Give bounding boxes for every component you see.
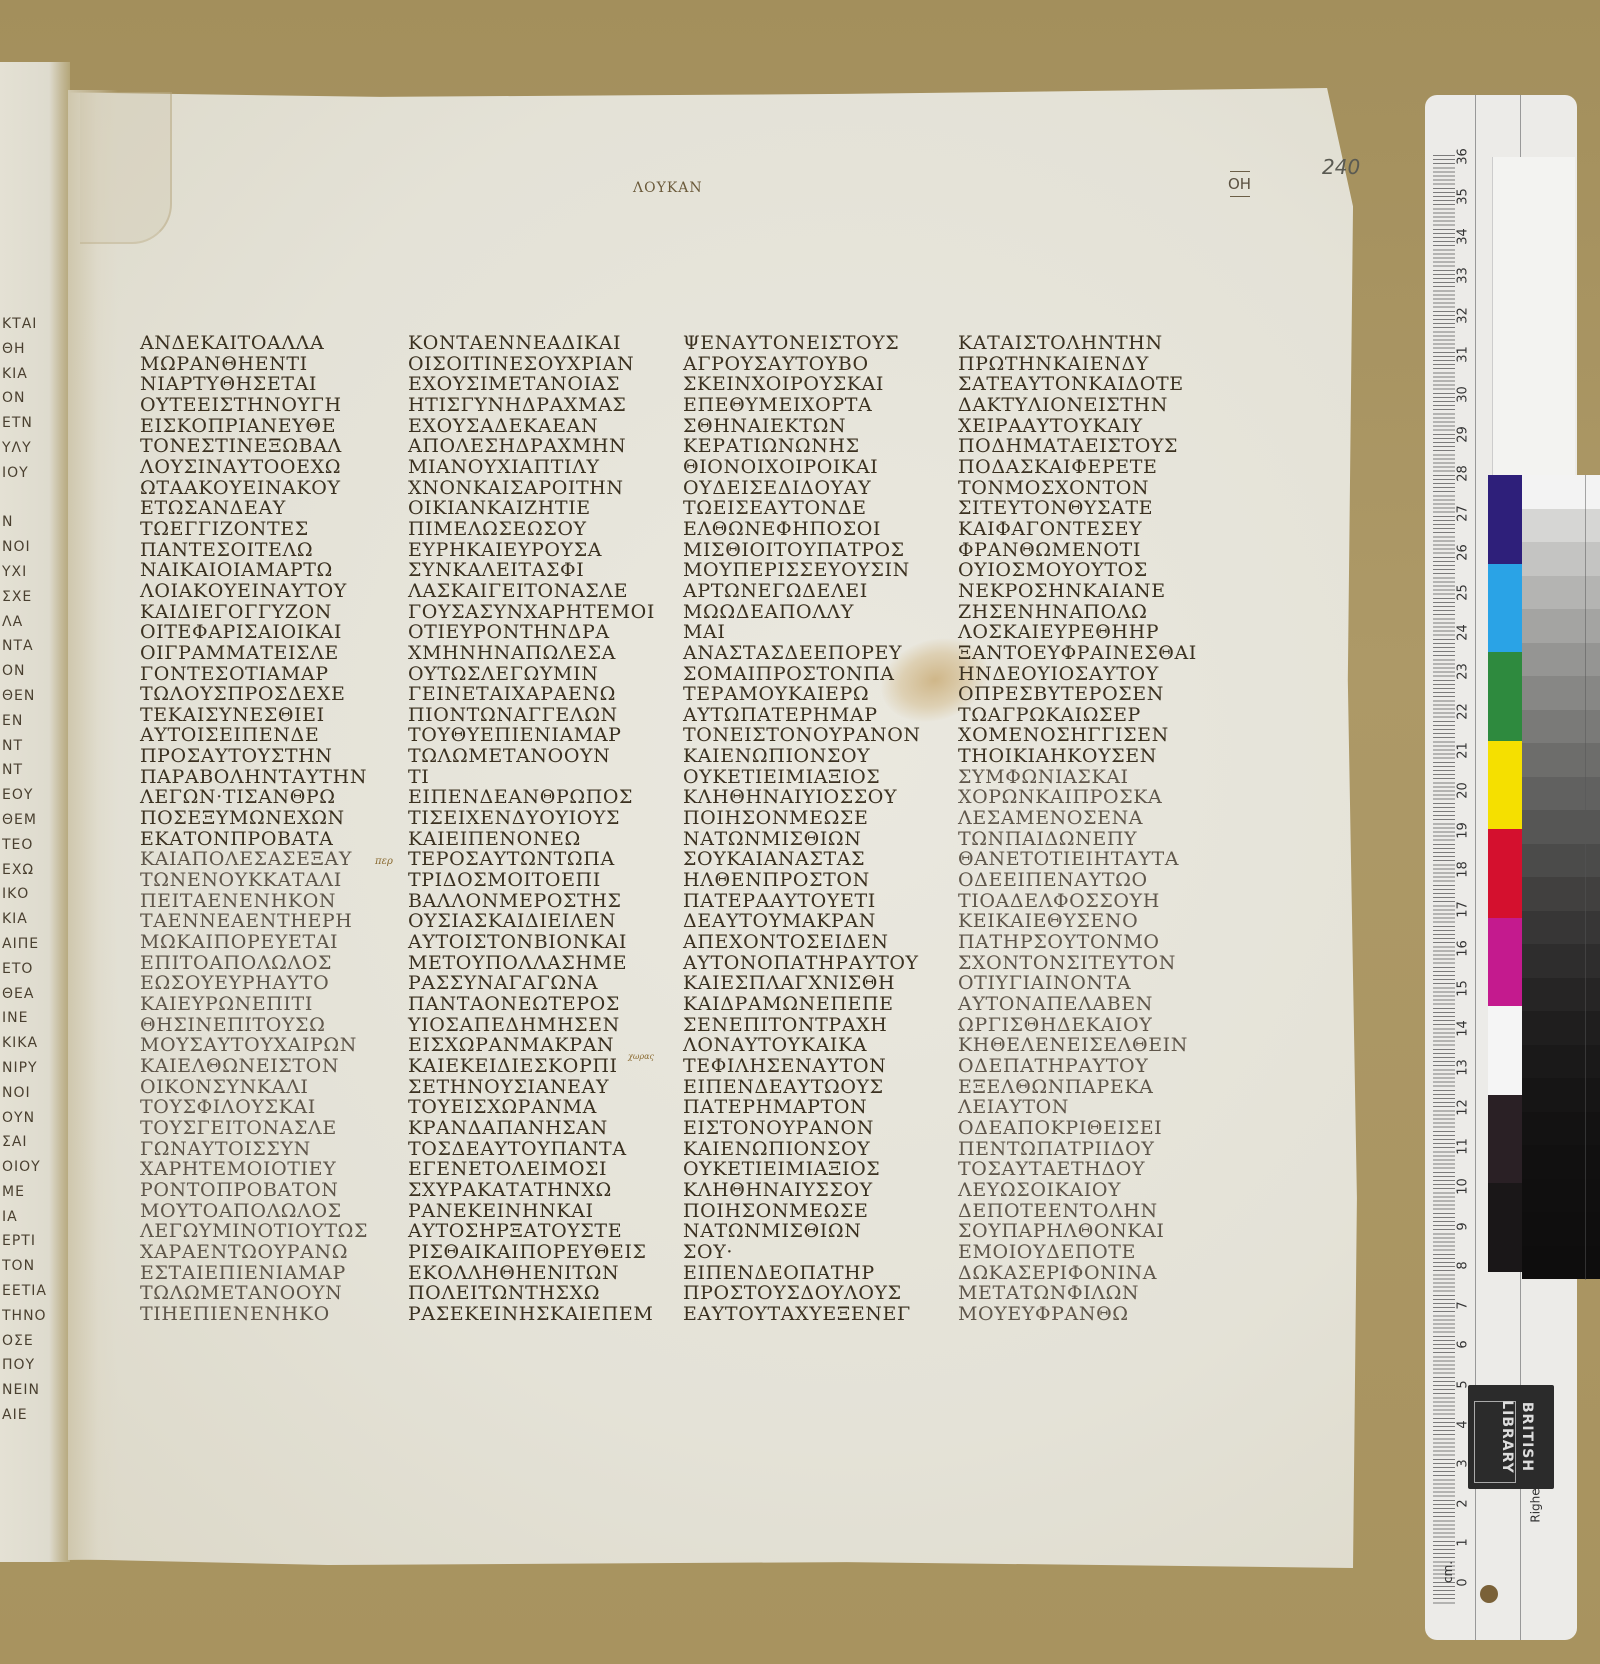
ruler-number: 21: [1456, 741, 1471, 761]
text-line: ΚΟΝΤΑΕΝΝΕΑΔΙΚΑΙ: [408, 333, 655, 354]
text-line: ΠΑΤΕΡΗΜΑΡΤΟΝ: [683, 1097, 921, 1118]
text-line: ΑΠΟΛΕΣΗΔΡΑΧΜΗΝ: [408, 436, 655, 457]
text-line: ΑΥΤΟΝΟΠΑΤΗΡΑΥΤΟΥ: [683, 953, 921, 974]
gray-step: [1522, 710, 1600, 744]
text-line: ΤΟΥΘΥΕΠΙΕΝΙΑΜΑΡ: [408, 725, 655, 746]
text-line: ΕΜΟΙΟΥΔΕΠΟΤΕ: [958, 1242, 1197, 1263]
text-line: ΠΑΡΑΒΟΛΗΝΤΑΥΤΗΝ: [140, 767, 368, 788]
text-line: ΠΡΟΣΤΟΥΣΔΟΥΛΟΥΣ: [683, 1283, 921, 1304]
text-column-3: ΨΕΝΑΥΤΟΝΕΙΣΤΟΥΣΑΓΡΟΥΣΑΥΤΟΥΒΟΣΚΕΙΝΧΟΙΡΟΥΣ…: [683, 333, 921, 1325]
text-line: ΚΑΙΦΑΓΟΝΤΕΣΕΥ: [958, 519, 1197, 540]
ruler-number: 36: [1456, 147, 1471, 167]
text-line: ΡΟΝΤΟΠΡΟΒΑΤΟΝ: [140, 1180, 368, 1201]
quire-mark-text: ΟΗ: [1228, 175, 1251, 193]
text-line: ΣΧΟΝΤΟΝΣΙΤΕΥΤΟΝ: [958, 953, 1197, 974]
gray-step: [1522, 1112, 1600, 1146]
text-line: ΡΑΣΕΚΕΙΝΗΣΚΑΙΕΠΕΜ: [408, 1304, 655, 1325]
text-line: ΠΟΣΕΞΥΜΩΝΕΧΩΝ: [140, 808, 368, 829]
fragment-line: ΕΤΝ: [2, 411, 62, 436]
text-line: ΕΥΡΗΚΑΙΕΥΡΟΥΣΑ: [408, 540, 655, 561]
fragment-line: ΑΙΠΕ: [2, 932, 62, 957]
text-line: ΕΚΟΛΛΗΘΗΕΝΙΤΩΝ: [408, 1263, 655, 1284]
ruler-ticks: [1433, 155, 1455, 1605]
ruler-number: 25: [1456, 583, 1471, 603]
text-line: ΗΝΔΕΟΥΙΟΣΑΥΤΟΥ: [958, 664, 1197, 685]
text-line: ΠΕΝΤΩΠΑΤΡΙΙΔΟΥ: [958, 1139, 1197, 1160]
text-line: ΤΟΥΣΓΕΙΤΟΝΑΣΛΕ: [140, 1118, 368, 1139]
gutter-shadow: [68, 90, 118, 1560]
text-line: ΠΡΟΣΑΥΤΟΥΣΤΗΝ: [140, 746, 368, 767]
text-line: ΗΤΙΣΓΥΝΗΔΡΑΧΜΑΣ: [408, 395, 655, 416]
text-line: ΤΙ: [408, 767, 655, 788]
fragment-line: ΘΕΑ: [2, 982, 62, 1007]
fragment-line: ΘΗ: [2, 337, 62, 362]
text-line: ΚΕΡΑΤΙΩΝΩΝΗΣ: [683, 436, 921, 457]
gray-step: [1522, 911, 1600, 945]
text-line: ΑΥΤΟΝΑΠΕΛΑΒΕΝ: [958, 994, 1197, 1015]
text-line: ΝΑΙΚΑΙΟΙΑΜΑΡΤΩ: [140, 560, 368, 581]
fragment-line: ΑΙΕ: [2, 1403, 62, 1428]
text-line: ΑΝΑΣΤΑΣΔΕΕΠΟΡΕΥ: [683, 643, 921, 664]
text-line: ΤΟΣΔΕΑΥΤΟΥΠΑΝΤΑ: [408, 1139, 655, 1160]
gray-step: [1522, 777, 1600, 811]
text-line: ΚΑΙΔΡΑΜΩΝΕΠΕΠΕ: [683, 994, 921, 1015]
quire-bar: [1230, 171, 1250, 172]
text-line: ΠΑΤΗΡΣΟΥΤΟΝΜΟ: [958, 932, 1197, 953]
text-line: ΕΤΩΣΑΝΔΕΑΥ: [140, 498, 368, 519]
ruler-number: 20: [1456, 781, 1471, 801]
text-line: ΑΥΤΟΙΣΤΟΝΒΙΟΝΚΑΙ: [408, 932, 655, 953]
text-line: ΝΑΤΩΝΜΙΣΘΙΩΝ: [683, 829, 921, 850]
text-line: ΓΟΥΣΑΣΥΝΧΑΡΗΤΕΜΟΙ: [408, 602, 655, 623]
ruler-number: 14: [1456, 1018, 1471, 1038]
text-line: ΤΙΟΑΔΕΛΦΟΣΣΟΥΗ: [958, 891, 1197, 912]
gray-step: [1522, 944, 1600, 978]
text-line: ΟΥΔΕΙΣΕΔΙΔΟΥΑΥ: [683, 478, 921, 499]
text-line: ΤΙΣΕΙΧΕΝΔΥΟΥΙΟΥΣ: [408, 808, 655, 829]
fragment-line: ΛΑ: [2, 610, 62, 635]
text-line: ΣΟΥΚΑΙΑΝΑΣΤΑΣ: [683, 849, 921, 870]
fragment-line: ΟΣΕ: [2, 1329, 62, 1354]
text-line: ΔΕΠΟΤΕΕΝΤΟΛΗΝ: [958, 1201, 1197, 1222]
text-line: ΟΥΣΙΑΣΚΑΙΔΙΕΙΛΕΝ: [408, 911, 655, 932]
text-line: ΖΗΣΕΝΗΝΑΠΟΛΩ: [958, 602, 1197, 623]
text-line: ΣΟΥ·: [683, 1242, 921, 1263]
color-patch: [1488, 475, 1522, 564]
fragment-line: ΘΕΝ: [2, 684, 62, 709]
gray-step: [1522, 1045, 1600, 1079]
text-line: ΠΙΜΕΛΩΣΕΩΣΟΥ: [408, 519, 655, 540]
fragment-line: ΝΤ: [2, 758, 62, 783]
text-line: ΤΩΝΠΑΙΔΩΝΕΠΥ: [958, 829, 1197, 850]
text-line: ΠΙΟΝΤΩΝΑΓΓΕΛΩΝ: [408, 705, 655, 726]
text-line: ΚΑΙΕΝΩΠΙΟΝΣΟΥ: [683, 1139, 921, 1160]
text-line: ΒΑΛΛΟΝΜΕΡΟΣΤΗΣ: [408, 891, 655, 912]
text-line: ΑΥΤΩΠΑΤΕΡΗΜΑΡ: [683, 705, 921, 726]
color-patches: [1488, 475, 1522, 1272]
fragment-line: ΕΟΥ: [2, 783, 62, 808]
marginal-note-2: χωρας: [628, 1052, 654, 1061]
text-line: ΟΤΙΥΓΙΑΙΝΟΝΤΑ: [958, 973, 1197, 994]
fragment-line: ΟΥΝ: [2, 1106, 62, 1131]
text-line: ΛΕΙΑΥΤΟΝ: [958, 1097, 1197, 1118]
label-line-2: LIBRARY: [1499, 1400, 1515, 1474]
quire-bar: [1230, 196, 1250, 197]
text-line: ΟΔΕΕΙΠΕΝΑΥΤΩΟ: [958, 870, 1197, 891]
text-line: ΕΛΘΩΝΕΦΗΠΟΣΟΙ: [683, 519, 921, 540]
ruler-number: 18: [1456, 860, 1471, 880]
text-line: ΣΟΥΠΑΡΗΛΘΟΝΚΑΙ: [958, 1221, 1197, 1242]
text-line: ΟΙΚΙΑΝΚΑΙΖΗΤΙΕ: [408, 498, 655, 519]
text-line: ΣΧΥΡΑΚΑΤΑΤΗΝΧΩ: [408, 1180, 655, 1201]
gray-scale-chart: [1522, 475, 1600, 1280]
text-line: ΧΑΡΗΤΕΜΟΙΟΤΙΕΥ: [140, 1159, 368, 1180]
fragment-line: ΙΚΟ: [2, 882, 62, 907]
fragment-line: ΕΤΟ: [2, 957, 62, 982]
text-line: ΦΡΑΝΘΩΜΕΝΟΤΙ: [958, 540, 1197, 561]
fragment-line: ΚΙΑ: [2, 907, 62, 932]
text-line: ΩΤΑΑΚΟΥΕΙΝΑΚΟΥ: [140, 478, 368, 499]
text-line: ΕΙΠΕΝΔΕΑΥΤΩΟΥΣ: [683, 1077, 921, 1098]
text-line: ΠΟΔΑΣΚΑΙΦΕΡΕΤΕ: [958, 457, 1197, 478]
color-patch: [1488, 741, 1522, 830]
fragment-line: ΚΙΑ: [2, 362, 62, 387]
fragment-line: ΚΤΑΙ: [2, 312, 62, 337]
text-line: ΝΑΤΩΝΜΙΣΘΙΩΝ: [683, 1221, 921, 1242]
text-line: ΚΛΗΘΗΝΑΙΥΙΟΣΣΟΥ: [683, 787, 921, 808]
text-line: ΟΥΚΕΤΙΕΙΜΙΑΞΙΟΣ: [683, 1159, 921, 1180]
text-line: ΟΠΡΕΣΒΥΤΕΡΟΣΕΝ: [958, 684, 1197, 705]
ruler-number: 32: [1456, 305, 1471, 325]
gray-step: [1522, 1078, 1600, 1112]
text-line: ΞΑΝΤΟΕΥΦΡΑΙΝΕΣΘΑΙ: [958, 643, 1197, 664]
text-line: ΑΥΤΟΣΗΡΞΑΤΟΥΣΤΕ: [408, 1221, 655, 1242]
gray-step: [1522, 1212, 1600, 1246]
text-line: ΧΕΙΡΑΑΥΤΟΥΚΑΙΥ: [958, 416, 1197, 437]
text-line: ΤΟΥΕΙΣΧΩΡΑΝΜΑ: [408, 1097, 655, 1118]
ruler-number: 35: [1456, 187, 1471, 207]
text-line: ΚΑΙΕΣΠΛΑΓΧΝΙΣΘΗ: [683, 973, 921, 994]
text-line: ΠΕΙΤΑΕΝΕΝΗΚΟΝ: [140, 891, 368, 912]
text-line: ΛΑΣΚΑΙΓΕΙΤΟΝΑΣΛΕ: [408, 581, 655, 602]
fragment-line: ΣΑΙ: [2, 1130, 62, 1155]
fragment-line: ΙΟΥ: [2, 461, 62, 486]
gray-step: [1522, 1179, 1600, 1213]
color-patch: [1488, 1183, 1522, 1272]
text-line: ΛΟΥΣΙΝΑΥΤΟΟΕΧΩ: [140, 457, 368, 478]
gray-step: [1522, 810, 1600, 844]
text-line: ΚΑΙΕΙΠΕΝΟΝΕΩ: [408, 829, 655, 850]
fragment-line: ΤΟΝ: [2, 1254, 62, 1279]
text-line: ΛΟΝΑΥΤΟΥΚΑΙΚΑ: [683, 1035, 921, 1056]
text-line: ΟΥΤΩΣΛΕΓΩΥΜΙΝ: [408, 664, 655, 685]
fragment-line: ΠΟΥ: [2, 1353, 62, 1378]
gray-step: [1522, 475, 1600, 509]
ruler-number: 22: [1456, 701, 1471, 721]
text-line: ΟΔΕΠΑΤΗΡΑΥΤΟΥ: [958, 1056, 1197, 1077]
fragment-line: Ν: [2, 510, 62, 535]
fragment-line: ΙΑ: [2, 1205, 62, 1230]
ruler-number: 24: [1456, 622, 1471, 642]
text-line: ΛΕΣΑΜΕΝΟΣΕΝΑ: [958, 808, 1197, 829]
fragment-line: ΤΕΟ: [2, 833, 62, 858]
text-line: ΚΑΙΑΠΟΛΕΣΑΣΕΞΑΥ: [140, 849, 368, 870]
fragment-line: ΝΟΙ: [2, 535, 62, 560]
text-line: ΘΙΟΝΟΙΧΟΙΡΟΙΚΑΙ: [683, 457, 921, 478]
text-line: ΝΕΚΡΟΣΗΝΚΑΙΑΝΕ: [958, 581, 1197, 602]
text-line: ΠΡΩΤΗΝΚΑΙΕΝΔΥ: [958, 354, 1197, 375]
ruler-number: 10: [1456, 1177, 1471, 1197]
text-line: ΤΡΙΔΟΣΜΟΙΤΟΕΠΙ: [408, 870, 655, 891]
text-line: ΜΩΚΑΙΠΟΡΕΥΕΤΑΙ: [140, 932, 368, 953]
adjacent-leaf-text: ΚΤΑΙΘΗΚΙΑΟΝΕΤΝΥΛΥΙΟΥ ΝΝΟΙΥΧΙΣΧΕΛΑΝΤΑΟΝΘΕ…: [2, 312, 62, 1428]
text-line: ΣΕΤΗΝΟΥΣΙΑΝΕΑΥ: [408, 1077, 655, 1098]
text-line: ΕΩΣΟΥΕΥΡΗΑΥΤΟ: [140, 973, 368, 994]
text-line: ΠΑΤΕΡΑΑΥΤΟΥΕΤΙ: [683, 891, 921, 912]
quire-mark: ΟΗ: [1228, 168, 1251, 200]
ruler-number: 19: [1456, 820, 1471, 840]
british-library-label: LIBRARY BRITISH: [1468, 1385, 1554, 1489]
text-line: ΓΟΝΤΕΣΟΤΙΑΜΑΡ: [140, 664, 368, 685]
text-line: ΚΑΙΕΛΘΩΝΕΙΣΤΟΝ: [140, 1056, 368, 1077]
text-line: ΕΧΟΥΣΙΜΕΤΑΝΟΙΑΣ: [408, 374, 655, 395]
fragment-line: ΝΤΑ: [2, 634, 62, 659]
text-line: ΚΑΙΕΚΕΙΔΙΕΣΚΟΡΠΙ: [408, 1056, 655, 1077]
text-line: ΣΟΜΑΙΠΡΟΣΤΟΝΠΑ: [683, 664, 921, 685]
text-line: ΤΩΝΕΝΟΥΚΚΑΤΑΛΙ: [140, 870, 368, 891]
ruler-number: 13: [1456, 1058, 1471, 1078]
gray-step: [1522, 877, 1600, 911]
folio-number: 240: [1322, 155, 1360, 179]
text-line: ΟΙΚΟΝΣΥΝΚΑΛΙ: [140, 1077, 368, 1098]
fragment-line: ΟΝ: [2, 659, 62, 684]
text-line: ΝΙΑΡΤΥΘΗΣΕΤΑΙ: [140, 374, 368, 395]
text-line: ΟΔΕΑΠΟΚΡΙΘΕΙΣΕΙ: [958, 1118, 1197, 1139]
gray-step: [1522, 643, 1600, 677]
fragment-line: ΝΤ: [2, 734, 62, 759]
text-line: ΤΩΛΟΥΣΠΡΟΣΔΕΧΕ: [140, 684, 368, 705]
ruler-number: 12: [1456, 1097, 1471, 1117]
fragment-line: ΕΝ: [2, 709, 62, 734]
gray-step: [1522, 676, 1600, 710]
ruler-number: 23: [1456, 662, 1471, 682]
text-line: ΠΟΛΕΙΤΩΝΤΗΣΧΩ: [408, 1283, 655, 1304]
gray-step: [1522, 542, 1600, 576]
text-line: ΕΙΣΧΩΡΑΝΜΑΚΡΑΝ: [408, 1035, 655, 1056]
ruler-unit-label: cm.: [1441, 1561, 1455, 1583]
fragment-line: ΝΕΙΝ: [2, 1378, 62, 1403]
ruler-number: 7: [1456, 1295, 1471, 1315]
text-line: ΔΑΚΤΥΛΙΟΝΕΙΣΤΗΝ: [958, 395, 1197, 416]
text-line: ΕΠΕΘΥΜΕΙΧΟΡΤΑ: [683, 395, 921, 416]
text-line: ΕΙΣΚΟΠΡΙΑΝΕΥΘΕ: [140, 416, 368, 437]
ruler-number: 11: [1456, 1137, 1471, 1157]
fragment-line: ΕΡΤΙ: [2, 1229, 62, 1254]
text-line: ΚΑΙΕΝΩΠΙΟΝΣΟΥ: [683, 746, 921, 767]
ruler-number: 33: [1456, 266, 1471, 286]
text-line: ΧΟΡΩΝΚΑΙΠΡΟΣΚΑ: [958, 787, 1197, 808]
text-column-1: ΑΝΔΕΚΑΙΤΟΑΛΛΑΜΩΡΑΝΘΗΕΝΤΙΝΙΑΡΤΥΘΗΣΕΤΑΙΟΥΤ…: [140, 333, 368, 1325]
text-line: ΜΟΥΣΑΥΤΟΥΧΑΙΡΩΝ: [140, 1035, 368, 1056]
text-line: ΤΩΕΙΣΕΑΥΤΟΝΔΕ: [683, 498, 921, 519]
text-line: ΠΑΝΤΕΣΟΙΤΕΛΩ: [140, 540, 368, 561]
gray-scale-divider: [1585, 475, 1586, 1280]
text-line: ΣΘΗΝΑΙΕΚΤΩΝ: [683, 416, 921, 437]
text-line: ΑΓΡΟΥΣΑΥΤΟΥΒΟ: [683, 354, 921, 375]
text-line: ΤΕΡΑΜΟΥΚΑΙΕΡΩ: [683, 684, 921, 705]
text-line: ΛΟΣΚΑΙΕΥΡΕΘΗΗΡ: [958, 622, 1197, 643]
ruler-number: 31: [1456, 345, 1471, 365]
text-line: ΣΙΤΕΥΤΟΝΘΥΣΑΤΕ: [958, 498, 1197, 519]
gray-step: [1522, 743, 1600, 777]
text-line: ΥΙΟΣΑΠΕΔΗΜΗΣΕΝ: [408, 1015, 655, 1036]
color-patch: [1488, 918, 1522, 1007]
gray-step: [1522, 1246, 1600, 1280]
text-line: ΕΑΥΤΟΥΤΑΧΥΕΞΕΝΕΓ: [683, 1304, 921, 1325]
ruler-number: 8: [1456, 1256, 1471, 1276]
text-line: ΜΕΤΑΤΩΝΦΙΛΩΝ: [958, 1283, 1197, 1304]
ruler-number: 2: [1456, 1493, 1471, 1513]
text-line: ΤΑΕΝΝΕΑΕΝΤΗΕΡΗ: [140, 911, 368, 932]
ruler-number: 27: [1456, 503, 1471, 523]
fragment-line: ΤΗΝΟ: [2, 1304, 62, 1329]
text-line: ΤΟΥΣΦΙΛΟΥΣΚΑΙ: [140, 1097, 368, 1118]
fragment-line: ΘΕΜ: [2, 808, 62, 833]
color-patch: [1488, 652, 1522, 741]
fragment-line: ΙΝΕ: [2, 1006, 62, 1031]
adjacent-leaf: ΚΤΑΙΘΗΚΙΑΟΝΕΤΝΥΛΥΙΟΥ ΝΝΟΙΥΧΙΣΧΕΛΑΝΤΑΟΝΘΕ…: [0, 62, 70, 1562]
text-line: ΟΤΙΕΥΡΟΝΤΗΝΔΡΑ: [408, 622, 655, 643]
text-line: ΜΕΤΟΥΠΟΛΛΑΣΗΜΕ: [408, 953, 655, 974]
text-line: ΓΩΝΑΥΤΟΙΣΣΥΝ: [140, 1139, 368, 1160]
text-line: ΟΥΙΟΣΜΟΥΟΥΤΟΣ: [958, 560, 1197, 581]
color-patch: [1488, 1006, 1522, 1095]
gray-step: [1522, 978, 1600, 1012]
gray-step: [1522, 576, 1600, 610]
ruler-number: 34: [1456, 226, 1471, 246]
text-line: ΜΙΣΘΙΟΙΤΟΥΠΑΤΡΟΣ: [683, 540, 921, 561]
text-line: ΡΑΝΕΚΕΙΝΗΝΚΑΙ: [408, 1201, 655, 1222]
text-line: ΛΕΓΩΝ·ΤΙΣΑΝΘΡΩ: [140, 787, 368, 808]
ruler-number: 28: [1456, 464, 1471, 484]
ruler-number: 26: [1456, 543, 1471, 563]
text-line: ΤΟΝΕΙΣΤΟΝΟΥΡΑΝΟΝ: [683, 725, 921, 746]
fragment-line: ΜΕ: [2, 1180, 62, 1205]
ruler-number: 9: [1456, 1216, 1471, 1236]
text-line: ΚΕΙΚΑΙΕΘΥΣΕΝΟ: [958, 911, 1197, 932]
fragment-line: ΝΟΙ: [2, 1081, 62, 1106]
text-line: ΑΡΤΩΝΕΓΩΔΕΛΕΙ: [683, 581, 921, 602]
text-line: ΠΟΔΗΜΑΤΑΕΙΣΤΟΥΣ: [958, 436, 1197, 457]
text-column-2: ΚΟΝΤΑΕΝΝΕΑΔΙΚΑΙΟΙΣΟΙΤΙΝΕΣΟΥΧΡΙΑΝΕΧΟΥΣΙΜΕ…: [408, 333, 655, 1325]
text-line: ΕΓΕΝΕΤΟΛΕΙΜΟΣΙ: [408, 1159, 655, 1180]
ruler-number: 30: [1456, 385, 1471, 405]
text-line: ΠΟΙΗΣΟΝΜΕΩΣΕ: [683, 1201, 921, 1222]
water-stain: [80, 92, 172, 244]
ruler-number: 17: [1456, 899, 1471, 919]
text-line: ΧΝΟΝΚΑΙΣΑΡΟΙΤΗΝ: [408, 478, 655, 499]
text-line: ΤΩΑΓΡΩΚΑΙΩΣΕΡ: [958, 705, 1197, 726]
gray-step: [1522, 509, 1600, 543]
running-title: ΛΟΥΚΑΝ: [633, 180, 703, 196]
text-line: ΛΕΓΩΥΜΙΝΟΤΙΟΥΤΩΣ: [140, 1221, 368, 1242]
text-line: ΟΙΤΕΦΑΡΙΣΑΙΟΙΚΑΙ: [140, 622, 368, 643]
text-line: ΣΑΤΕΑΥΤΟΝΚΑΙΔΟΤΕ: [958, 374, 1197, 395]
text-line: ΣΥΜΦΩΝΙΑΣΚΑΙ: [958, 767, 1197, 788]
text-line: ΓΕΙΝΕΤΑΙΧΑΡΑΕΝΩ: [408, 684, 655, 705]
text-line: ΚΗΘΕΛΕΝΕΙΣΕΛΘΕΙΝ: [958, 1035, 1197, 1056]
text-line: ΕΙΣΤΟΝΟΥΡΑΝΟΝ: [683, 1118, 921, 1139]
text-line: ΔΩΚΑΣΕΡΙΦΟΝΙΝΑ: [958, 1263, 1197, 1284]
fragment-line: ΕΕΤΙΑ: [2, 1279, 62, 1304]
text-line: ΘΗΣΙΝΕΠΙΤΟΥΣΩ: [140, 1015, 368, 1036]
ruler-number: 6: [1456, 1335, 1471, 1355]
fragment-line: ΟΙΟΥ: [2, 1155, 62, 1180]
text-line: ΘΑΝΕΤΟΤΙΕΙΗΤΑΥΤΑ: [958, 849, 1197, 870]
text-line: ΠΟΙΗΣΟΝΜΕΩΣΕ: [683, 808, 921, 829]
text-line: ΤΙΗΕΠΙΕΝΕΝΗΚΟ: [140, 1304, 368, 1325]
gray-step: [1522, 844, 1600, 878]
text-line: ΩΡΓΙΣΘΗΔΕΚΑΙΟΥ: [958, 1015, 1197, 1036]
text-line: ΤΕΚΑΙΣΥΝΕΣΘΙΕΙ: [140, 705, 368, 726]
fragment-line: ΥΛΥ: [2, 436, 62, 461]
text-line: ΤΕΡΟΣΑΥΤΩΝΤΩΠΑ: [408, 849, 655, 870]
text-line: ΜΩΡΑΝΘΗΕΝΤΙ: [140, 354, 368, 375]
text-column-4: ΚΑΤΑΙΣΤΟΛΗΝΤΗΝΠΡΩΤΗΝΚΑΙΕΝΔΥΣΑΤΕΑΥΤΟΝΚΑΙΔ…: [958, 333, 1197, 1325]
text-line: ΧΜΗΝΗΝΑΠΩΛΕΣΑ: [408, 643, 655, 664]
text-line: ΚΛΗΘΗΝΑΙΥΣΣΟΥ: [683, 1180, 921, 1201]
text-line: ΛΕΥΩΣΟΙΚΑΙΟΥ: [958, 1180, 1197, 1201]
text-line: ΜΙΑΝΟΥΧΙΑΠΤΙΛΥ: [408, 457, 655, 478]
text-line: ΣΚΕΙΝΧΟΙΡΟΥΣΚΑΙ: [683, 374, 921, 395]
text-line: ΜΟΥΕΥΦΡΑΝΘΩ: [958, 1304, 1197, 1325]
ruler-hole: [1480, 1585, 1498, 1603]
gray-step: [1522, 1011, 1600, 1045]
text-line: ΟΙΣΟΙΤΙΝΕΣΟΥΧΡΙΑΝ: [408, 354, 655, 375]
text-line: ΟΥΚΕΤΙΕΙΜΙΑΞΙΟΣ: [683, 767, 921, 788]
text-line: ΤΩΛΩΜΕΤΑΝΟΟΥΝ: [408, 746, 655, 767]
text-line: ΜΑΙ: [683, 622, 921, 643]
text-line: ΣΕΝΕΠΙΤΟΝΤΡΑΧΗ: [683, 1015, 921, 1036]
text-line: ΣΥΝΚΑΛΕΙΤΑΣΦΙ: [408, 560, 655, 581]
fragment-line: ΝΙΡΥ: [2, 1056, 62, 1081]
white-reference-strip: [1492, 157, 1575, 477]
color-patch: [1488, 829, 1522, 918]
ruler-number: 15: [1456, 979, 1471, 999]
ruler-number: 29: [1456, 424, 1471, 444]
text-line: ΤΩΛΩΜΕΤΑΝΟΟΥΝ: [140, 1283, 368, 1304]
text-line: ΧΟΜΕΝΟΣΗΓΓΙΣΕΝ: [958, 725, 1197, 746]
text-line: ΤΟΣΑΥΤΑΕΤΗΔΟΥ: [958, 1159, 1197, 1180]
text-line: ΕΧΟΥΣΑΔΕΚΑΕΑΝ: [408, 416, 655, 437]
text-line: ΜΟΥΠΕΡΙΣΣΕΥΟΥΣΙΝ: [683, 560, 921, 581]
text-line: ΤΗΟΙΚΙΑΗΚΟΥΣΕΝ: [958, 746, 1197, 767]
text-line: ΤΩΕΓΓΙΖΟΝΤΕΣ: [140, 519, 368, 540]
text-line: ΑΝΔΕΚΑΙΤΟΑΛΛΑ: [140, 333, 368, 354]
fragment-line: ΚΙΚΑ: [2, 1031, 62, 1056]
text-line: ΚΑΙΔΙΕΓΟΓΓΥΖΟΝ: [140, 602, 368, 623]
fragment-line: [2, 486, 62, 511]
ruler-number: 1: [1456, 1533, 1471, 1553]
label-line-1: BRITISH: [1519, 1402, 1535, 1472]
text-line: ΕΚΑΤΟΝΠΡΟΒΑΤΑ: [140, 829, 368, 850]
text-line: ΕΙΠΕΝΔΕΑΝΘΡΩΠΟΣ: [408, 787, 655, 808]
gray-step: [1522, 609, 1600, 643]
color-patch: [1488, 1095, 1522, 1184]
text-line: ΛΟΙΑΚΟΥΕΙΝΑΥΤΟΥ: [140, 581, 368, 602]
text-line: ΨΕΝΑΥΤΟΝΕΙΣΤΟΥΣ: [683, 333, 921, 354]
text-line: ΜΟΥΤΟΑΠΟΛΩΛΟΣ: [140, 1201, 368, 1222]
